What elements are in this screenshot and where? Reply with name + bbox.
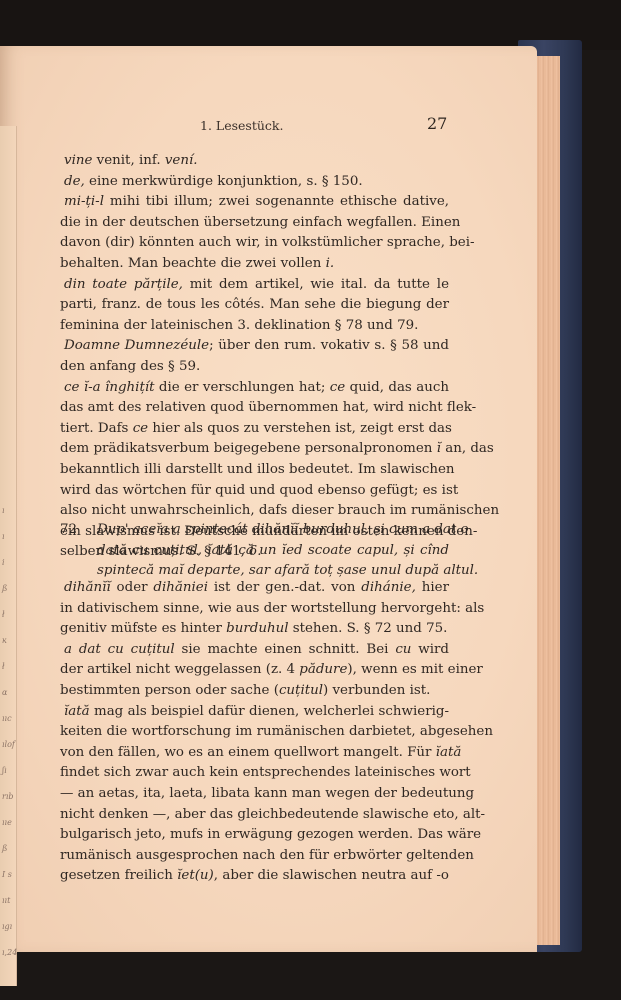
running-head: 1. Lesestück. <box>200 118 283 133</box>
italic-term: pădure <box>299 662 347 677</box>
text-line: dihănĭĭ oder dihăniei ist der gen.-dat. … <box>60 578 449 599</box>
previous-page-edge: ııißłĸłɑııcılofʃırıbııeßI sııtıgıı,24 <box>0 126 17 986</box>
body-text-bottom: dihănĭĭ oder dihăniei ist der gen.-dat. … <box>60 578 449 887</box>
text-line: vine venit, inf. vení. <box>60 151 449 172</box>
text-line: ce ĭ-a înghițít die er verschlungen hat;… <box>60 378 449 399</box>
previous-page-text-fragment: ß <box>2 844 7 853</box>
text-line: keiten die wortforschung im rumänischen … <box>60 722 449 743</box>
text-line: bekanntlich illi darstellt und illos bed… <box>60 460 449 481</box>
quotation-line: dată cu cuțitul, ĭată că un ĭed scoate c… <box>97 541 449 562</box>
italic-term: mi-ți-l <box>64 194 104 209</box>
text-line: a dat cu cuțitul sie machte einen schnit… <box>60 640 449 661</box>
text-line: davon (dir) könnten auch wir, in volkstü… <box>60 233 449 254</box>
previous-page-text-fragment: ß <box>2 584 7 593</box>
text-line: bestimmten person oder sache (cuțitul) v… <box>60 681 449 702</box>
previous-page-text-fragment: ł <box>2 610 5 619</box>
previous-page-text-fragment: ł <box>2 662 5 671</box>
text-line: — an aetas, ita, laeta, libata kann man … <box>60 784 449 805</box>
text-line: de, eine merkwürdige konjunktion, s. § 1… <box>60 172 449 193</box>
page-number: 27 <box>427 114 447 133</box>
previous-page-text-fragment: rıb <box>2 792 14 801</box>
text-line: den anfang des § 59. <box>60 357 449 378</box>
text-line: mi-ți-l mihi tibi illum; zwei sogenannte… <box>60 192 449 213</box>
italic-term: vine <box>64 153 92 168</box>
body-text-top: vine venit, inf. vení.de, eine merkwürdi… <box>60 151 449 563</box>
text-line: der artikel nicht weggelassen (z. 4 pădu… <box>60 660 449 681</box>
text-line: feminina der lateinischen 3. deklination… <box>60 316 449 337</box>
previous-page-text-fragment: I s <box>2 870 12 879</box>
previous-page-text-fragment: ı <box>2 506 5 515</box>
text-line: rumänisch ausgesprochen nach den für erb… <box>60 846 449 867</box>
text-line: parti, franz. de tous les côtés. Man seh… <box>60 295 449 316</box>
page-fore-edge <box>535 56 560 945</box>
text-line: dem prädikatsverbum beigegebene personal… <box>60 439 449 460</box>
text-line: wird das wörtchen für quid und quod eben… <box>60 481 449 502</box>
italic-term: a dat cu cuțitul <box>64 642 175 657</box>
italic-term: cuțitul <box>279 683 323 698</box>
previous-page-text-fragment: i <box>2 558 5 567</box>
text-line: das amt des relativen quod übernommen ha… <box>60 398 449 419</box>
italic-term: din toate părțile, <box>64 277 183 292</box>
text-line: in dativischem sinne, wie aus der wortst… <box>60 599 449 620</box>
previous-page-text-fragment: ʃı <box>2 766 7 775</box>
italic-term: Doamne Dumnezéule <box>64 338 209 353</box>
text-line: nicht denken —, aber das gleichbedeutend… <box>60 805 449 826</box>
italic-term: ĭ <box>437 441 441 456</box>
italic-term: ce ĭ-a înghițít <box>64 380 155 395</box>
italic-term: ĭet(u) <box>177 868 214 883</box>
text-line: Doamne Dumnezéule; über den rum. vokativ… <box>60 336 449 357</box>
previous-page-text-fragment: ılof <box>2 740 15 749</box>
italic-term: dihánie, <box>361 580 416 595</box>
text-line: gesetzen freilich ĭet(u), aber die slawi… <box>60 866 449 887</box>
text-line: findet sich zwar auch kein entsprechende… <box>60 763 449 784</box>
italic-term: de, <box>64 174 85 189</box>
previous-page-text-fragment: ı,24 <box>2 948 17 957</box>
italic-term: burduhul <box>226 621 288 636</box>
italic-term: ce <box>330 380 345 395</box>
italic-term: ĭată <box>436 745 462 760</box>
previous-page-text-fragment: ııe <box>2 818 12 827</box>
text-line: genitiv müfste es hinter burduhul stehen… <box>60 619 449 640</box>
previous-page-text-fragment: ııc <box>2 714 12 723</box>
previous-page-text-fragment: ıgı <box>2 922 12 931</box>
italic-term: dihăniei <box>153 580 208 595</box>
text-line: die in der deutschen übersetzung einfach… <box>60 213 449 234</box>
italic-term: cu <box>395 642 411 657</box>
text-line: ĭată mag als beispiel dafür dienen, welc… <box>60 702 449 723</box>
text-line: bulgarisch jeto, mufs in erwägung gezoge… <box>60 825 449 846</box>
quotation-number: 72 <box>60 520 77 541</box>
previous-page-text-fragment: ĸ <box>2 636 7 645</box>
italic-term: i. <box>326 256 335 271</box>
text-line: also nicht unwahrscheinlich, dafs dieser… <box>60 501 449 522</box>
text-line: din toate părțile, mit dem artikel, wie … <box>60 275 449 296</box>
italic-term: vení. <box>165 153 198 168</box>
previous-page-text-fragment: ɑ <box>2 688 7 697</box>
quotation-lines: Dup' aceĭa a spintecát dihănĭĭ burduhul,… <box>97 520 449 582</box>
text-line: tiert. Dafs ce hier als quos zu verstehe… <box>60 419 449 440</box>
italic-term: dihănĭĭ <box>64 580 111 595</box>
text-line: von den fällen, wo es an einem quellwort… <box>60 743 449 764</box>
quotation-line: Dup' aceĭa a spintecát dihănĭĭ burduhul,… <box>97 520 449 541</box>
italic-term: ce <box>133 421 148 436</box>
italic-term: ĭată <box>64 704 90 719</box>
previous-page-text-fragment: ııt <box>2 896 10 905</box>
previous-page-text-fragment: ı <box>2 532 5 541</box>
text-line: behalten. Man beachte die zwei vollen i. <box>60 254 449 275</box>
